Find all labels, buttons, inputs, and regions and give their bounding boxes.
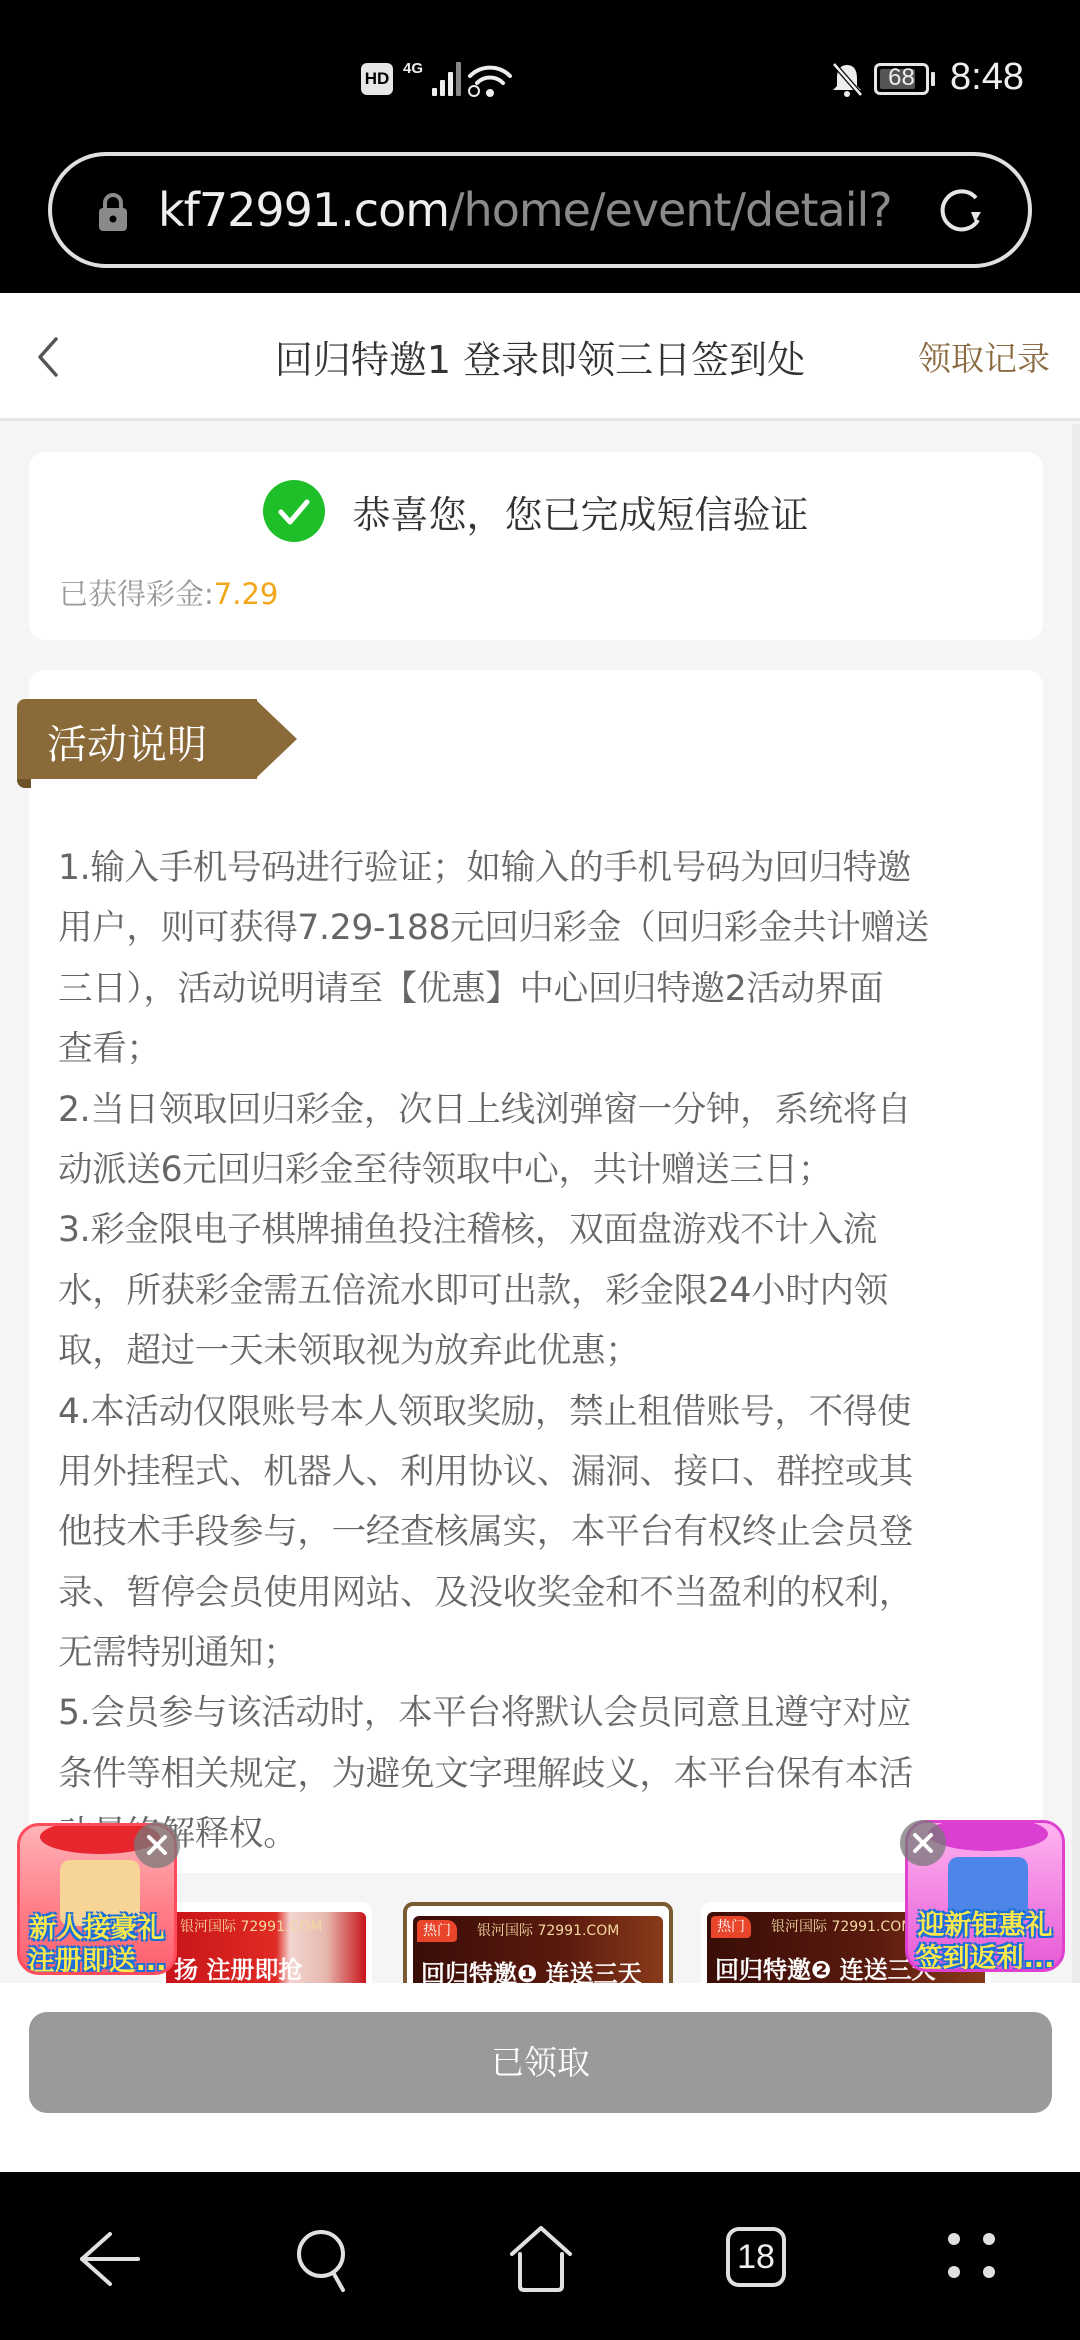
menu-dots-icon[interactable] — [944, 2229, 1000, 2285]
rule-line: 2.当日领取回归彩金，次日上线浏弹窗一分钟，系统将自 — [58, 1080, 1038, 1140]
url-text[interactable]: kf72991.com/home/event/detail?c — [158, 183, 894, 237]
battery-icon: 68 — [874, 63, 929, 95]
earned-bonus: 已获得彩金:7.29 — [59, 572, 278, 613]
address-bar[interactable]: kf72991.com/home/event/detail?c — [48, 152, 1032, 268]
reload-icon[interactable] — [932, 182, 992, 242]
hot-badge: 热门 — [417, 1920, 457, 1942]
page-header: 回归特邀1 登录即领三日签到处 领取记录 — [0, 293, 1080, 421]
page-footer: 已领取 — [0, 1983, 1080, 2172]
section-title: 活动说明 — [47, 713, 207, 770]
rule-line: 5.会员参与该活动时，本平台将默认会员同意且遵守对应 — [58, 1683, 1038, 1743]
battery-level: 68 — [877, 64, 926, 92]
floating-promo-text: 新人接豪礼 注册即送... — [20, 1912, 174, 1975]
rule-line: 取，超过一天未领取视为放弃此优惠； — [58, 1321, 1038, 1381]
claimed-button[interactable]: 已领取 — [29, 2012, 1052, 2113]
rule-line: 4.本活动仅限账号本人领取奖励，禁止租借账号，不得使 — [58, 1382, 1038, 1442]
banner-logo: 银河国际 72991.COM — [771, 1916, 913, 1936]
banner-logo: 银河国际 72991.COM — [180, 1916, 322, 1936]
rules-text: 1.输入手机号码进行验证；如输入的手机号码为回归特邀 用户，则可获得7.29-1… — [58, 838, 1038, 1865]
scrollbar[interactable] — [1072, 424, 1080, 2024]
rule-line: 用户，则可获得7.29-188元回归彩金（回归彩金共计赠送 — [58, 898, 1038, 958]
rule-line: 查看； — [58, 1019, 1038, 1079]
promo-banner-return-1[interactable]: 热门 银河国际 72991.COM 回归特邀❶ 连送三天 — [403, 1902, 673, 1984]
description-card: 活动说明 1.输入手机号码进行验证；如输入的手机号码为回归特邀 用户，则可获得7… — [29, 670, 1043, 1873]
earned-amount: 7.29 — [214, 577, 279, 611]
rule-line: 用外挂程式、机器人、利用协议、漏洞、接口、群控或其 — [58, 1442, 1038, 1502]
rule-line: 1.输入手机号码进行验证；如输入的手机号码为回归特邀 — [58, 838, 1038, 898]
tabs-icon[interactable]: 18 — [726, 2227, 786, 2287]
search-icon[interactable] — [288, 2224, 358, 2294]
web-page: 回归特邀1 登录即领三日签到处 领取记录 恭喜您，您已完成短信验证 已获得彩金:… — [0, 293, 1080, 2172]
signal-icon — [418, 62, 458, 96]
close-icon[interactable] — [134, 1822, 180, 1868]
home-icon[interactable] — [506, 2224, 576, 2294]
rule-line: 条件等相关规定，为避免文字理解歧义，本平台保有本活 — [58, 1744, 1038, 1804]
hd-icon: HD — [361, 63, 393, 95]
status-bar: HD 4G 68 8:48 — [0, 0, 1080, 140]
url-host: kf72991.com — [158, 183, 449, 237]
promo-banner-register[interactable]: 银河国际 72991.COM 扬 注册即抢 — [160, 1902, 372, 1984]
battery-tip — [931, 72, 935, 86]
earned-label: 已获得彩金: — [59, 577, 214, 611]
rule-line: 录、暂停会员使用网站、及没收奖金和不当盈利的权利， — [58, 1563, 1038, 1623]
section-ribbon: 活动说明 — [17, 699, 297, 779]
clock: 8:48 — [950, 56, 1024, 99]
banner-caption: 回归特邀❶ 连送三天 — [421, 1954, 642, 1984]
rule-line: 三日），活动说明请至【优惠】中心回归特邀2活动界面 — [58, 959, 1038, 1019]
wifi-icon — [466, 60, 514, 98]
hot-badge: 热门 — [711, 1916, 751, 1938]
verification-message: 恭喜您，您已完成短信验证 — [353, 484, 809, 539]
banner-logo: 银河国际 72991.COM — [477, 1920, 619, 1940]
rule-line: 他技术手段参与，一经查核属实，本平台有权终止会员登 — [58, 1502, 1038, 1562]
rule-line: 动最终解释权。 — [58, 1804, 1038, 1864]
check-circle-icon — [263, 480, 325, 542]
url-path: /home/event/detail?c — [449, 183, 894, 237]
lock-icon — [97, 192, 129, 232]
floating-promo-text: 迎新钜惠礼 签到返利... — [908, 1909, 1062, 1972]
rule-line: 动派送6元回归彩金至待领取中心，共计赠送三日； — [58, 1140, 1038, 1200]
claim-record-link[interactable]: 领取记录 — [918, 333, 1050, 380]
verification-card: 恭喜您，您已完成短信验证 已获得彩金:7.29 — [29, 452, 1043, 640]
bell-muted-icon — [830, 62, 864, 98]
banner-caption: 扬 注册即抢 — [174, 1950, 302, 1984]
browser-nav-bar: 18 — [0, 2172, 1080, 2340]
rule-line: 3.彩金限电子棋牌捕鱼投注稽核，双面盘游戏不计入流 — [58, 1200, 1038, 1260]
banner-caption: 回归特邀❷ 连送三天 — [715, 1950, 936, 1984]
gift-bow-icon — [928, 1820, 1048, 1851]
rule-line: 无需特别通知； — [58, 1623, 1038, 1683]
rule-line: 水，所获彩金需五倍流水即可出款，彩金限24小时内领 — [58, 1261, 1038, 1321]
back-arrow-icon[interactable] — [72, 2224, 142, 2294]
close-icon[interactable] — [900, 1820, 946, 1866]
